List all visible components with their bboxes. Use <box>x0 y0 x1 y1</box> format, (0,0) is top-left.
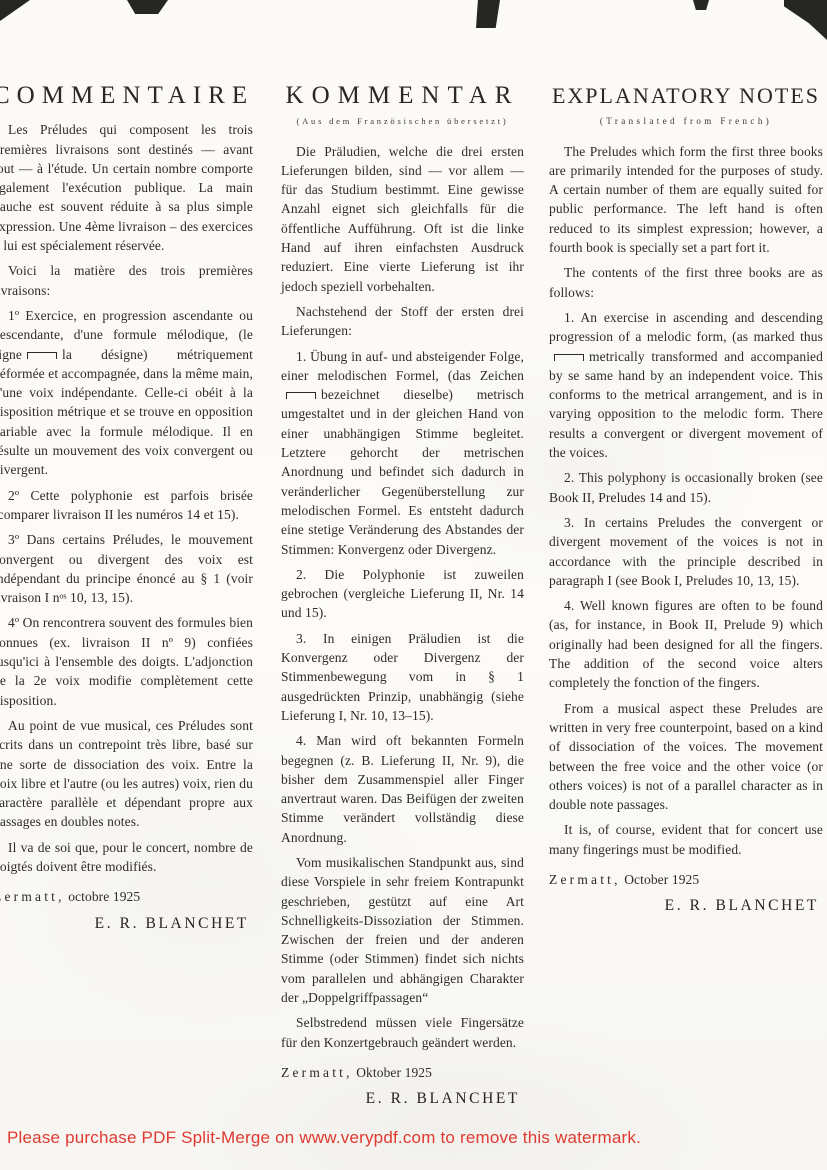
column-english: EXPLANATORY NOTES (Translated from Frenc… <box>549 86 823 916</box>
english-paragraph-4: 2. This polyphony is occasionally broken… <box>549 468 823 507</box>
scan-artifact-top-3 <box>693 0 709 10</box>
scan-artifact-top-left <box>0 0 30 21</box>
column-french: COMMENTAIRE Les Préludes qui composent l… <box>0 86 253 933</box>
scan-artifact-top-2 <box>476 0 500 28</box>
french-dateline: Zermatt, octobre 1925 <box>0 887 253 906</box>
english-paragraph-2: The contents of the first three books ar… <box>549 263 823 302</box>
german-date-rest: Oktober 1925 <box>356 1065 432 1080</box>
german-paragraph-3-text-before: 1. Übung in auf- und absteigender Folge,… <box>281 349 524 383</box>
german-paragraph-4: 2. Die Polyphonie ist zuweilen gebrochen… <box>281 565 524 623</box>
german-subtitle: (Aus dem Französischen übersetzt) <box>281 112 524 131</box>
french-paragraph-7: Au point de vue musical, ces Préludes so… <box>0 716 253 832</box>
german-title: KOMMENTAR <box>281 86 524 105</box>
melodic-form-bracket-icon <box>286 392 316 399</box>
french-title: COMMENTAIRE <box>0 86 253 105</box>
scan-artifact-top-right <box>784 0 827 40</box>
french-date-place: Zermatt, <box>0 889 65 904</box>
english-paragraph-1: The Preludes which form the first three … <box>549 142 823 258</box>
german-date-place: Zermatt, <box>281 1065 353 1080</box>
french-paragraph-8: Il va de soi que, pour le concert, nombr… <box>0 838 253 877</box>
english-paragraph-3-text-after: metrically transformed and accompanied b… <box>549 349 823 460</box>
english-paragraph-5: 3. In certains Preludes the convergent o… <box>549 513 823 590</box>
german-paragraph-2: Nachstehend der Stoff der ersten drei Li… <box>281 302 524 341</box>
english-paragraph-3: 1. An exercise in ascending and descendi… <box>549 308 823 462</box>
english-subtitle: (Translated from French) <box>549 112 823 131</box>
english-paragraph-6: 4. Well known figures are often to be fo… <box>549 596 823 692</box>
german-paragraph-3: 1. Übung in auf- und absteigender Folge,… <box>281 347 524 559</box>
english-paragraph-7: From a musical aspect these Preludes are… <box>549 699 823 815</box>
column-german: KOMMENTAR (Aus dem Französischen überset… <box>281 86 524 1109</box>
english-date-rest: October 1925 <box>624 872 699 887</box>
french-paragraph-1: Les Préludes qui composent les trois pre… <box>0 120 253 255</box>
german-paragraph-1: Die Präludien, welche die drei ersten Li… <box>281 142 524 296</box>
english-paragraph-3-text-before: 1. An exercise in ascending and descendi… <box>549 310 823 344</box>
german-paragraph-5: 3. In einigen Präludien ist die Konverge… <box>281 629 524 725</box>
french-date-rest: octobre 1925 <box>68 889 140 904</box>
english-date-place: Zermatt, <box>549 872 621 887</box>
german-paragraph-8: Selbstredend müssen viele Fingersätze fü… <box>281 1013 524 1052</box>
watermark-text: Please purchase PDF Split-Merge on www.v… <box>7 1128 641 1148</box>
melodic-form-bracket-icon <box>554 354 584 361</box>
english-dateline: Zermatt, October 1925 <box>549 870 823 889</box>
french-paragraph-4: 2º Cette polyphonie est parfois brisée (… <box>0 486 253 525</box>
french-paragraph-3: 1º Exercice, en progression ascendante o… <box>0 306 253 480</box>
german-paragraph-6: 4. Man wird oft bekannten Formeln begegn… <box>281 731 524 847</box>
french-signature: E. R. BLANCHET <box>0 914 253 933</box>
french-paragraph-5: 3º Dans certains Préludes, le mouvement … <box>0 530 253 607</box>
german-dateline: Zermatt, Oktober 1925 <box>281 1063 524 1082</box>
scan-artifact-top-1 <box>127 0 168 14</box>
french-paragraph-2: Voici la matière des trois premières liv… <box>0 261 253 300</box>
french-paragraph-3-text-after: la désigne) métriquement déformée et acc… <box>0 347 253 478</box>
german-signature: E. R. BLANCHET <box>281 1089 524 1108</box>
french-paragraph-6: 4º On rencontrera souvent des formules b… <box>0 613 253 709</box>
english-signature: E. R. BLANCHET <box>549 896 823 915</box>
english-paragraph-8: It is, of course, evident that for conce… <box>549 820 823 859</box>
melodic-form-bracket-icon <box>27 352 57 359</box>
german-paragraph-3-text-after: bezeichnet dieselbe) metrisch umgestalte… <box>281 387 524 556</box>
german-paragraph-7: Vom musikalischen Standpunkt aus, sind d… <box>281 853 524 1007</box>
english-title: EXPLANATORY NOTES <box>549 86 823 105</box>
